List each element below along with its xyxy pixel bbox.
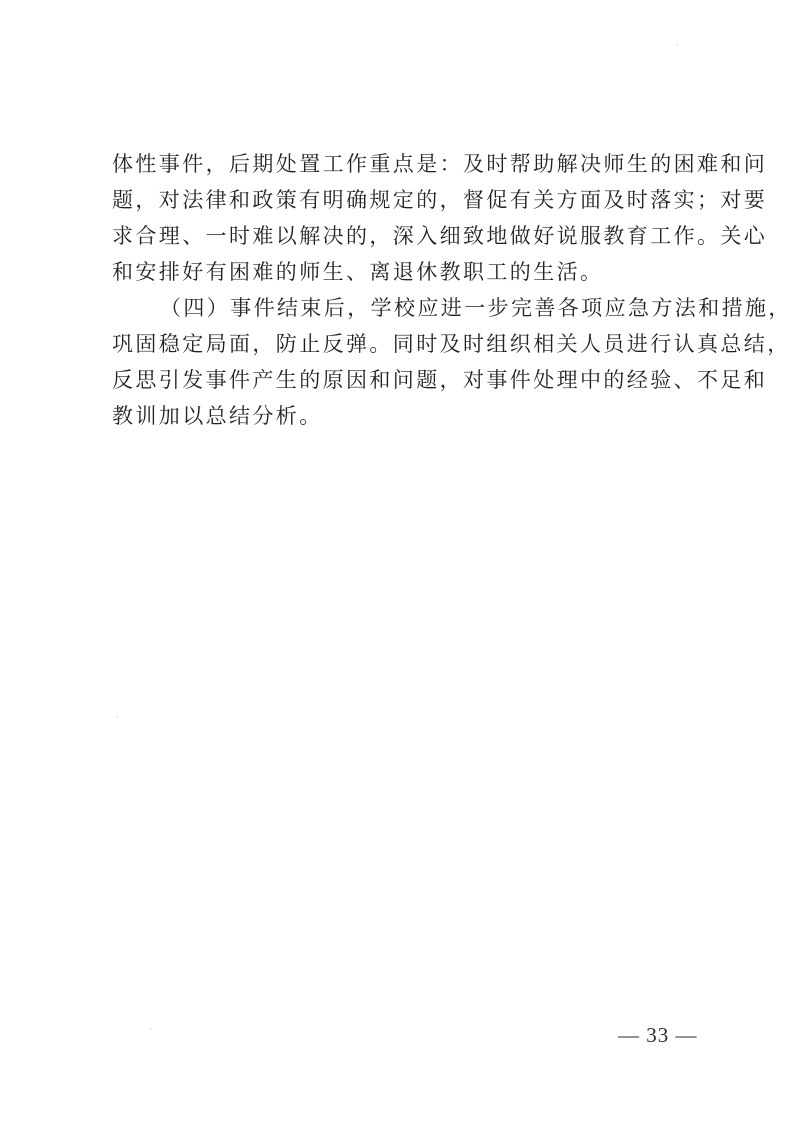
paragraph-line: 题，对法律和政策有明确规定的，督促有关方面及时落实；对要 [112,182,694,218]
scan-speck [676,44,678,46]
page-number: — 33 — [618,1020,698,1050]
scan-speck [150,1028,152,1030]
scan-speck [116,716,118,718]
section-four-heading-line: （四）事件结束后，学校应进一步完善各项应急方法和措施， [112,290,694,326]
paragraph-line: 和安排好有困难的师生、离退休教职工的生活。 [112,254,694,290]
paragraph-line: 求合理、一时难以解决的，深入细致地做好说服教育工作。关心 [112,218,694,254]
paragraph-line: 反思引发事件产生的原因和问题，对事件处理中的经验、不足和 [112,362,694,398]
document-page: 体性事件，后期处置工作重点是：及时帮助解决师生的困难和问 题，对法律和政策有明确… [0,0,793,1122]
paragraph-line: 巩固稳定局面，防止反弹。同时及时组织相关人员进行认真总结， [112,326,694,362]
paragraph-line: 教训加以总结分析。 [112,398,694,434]
paragraph-line: 体性事件，后期处置工作重点是：及时帮助解决师生的困难和问 [112,146,694,182]
body-text: 体性事件，后期处置工作重点是：及时帮助解决师生的困难和问 题，对法律和政策有明确… [112,146,694,434]
